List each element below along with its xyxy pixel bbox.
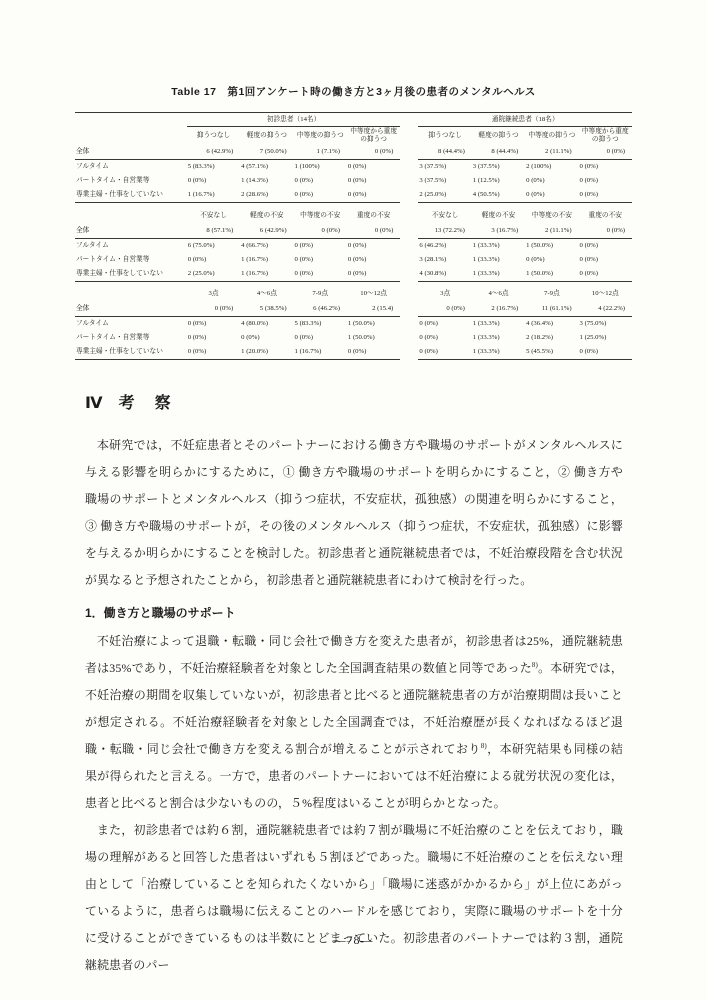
corner-cell [75, 113, 187, 127]
column-header: 4〜6点 [240, 281, 293, 302]
table-cell: 0 (0%) [579, 345, 632, 360]
table-cell: 4 (50.5%) [472, 188, 525, 203]
table-cell: 1 (33.3%) [472, 345, 525, 360]
table-cell: 1 (50.0%) [525, 267, 578, 282]
subsection-1: 1．働き方と職場のサポート 不妊治療によって退職・転職・同じ会社で働き方を変えた… [85, 604, 623, 979]
column-header: 中等度の不安 [294, 203, 347, 224]
table-cell: 0 (0%) [240, 331, 293, 345]
table-cell: 1 (50.0%) [347, 317, 400, 332]
discussion-paragraph-1: 本研究では，不妊症患者とそのパートナーにおける働き方や職場のサポートがメンタルヘ… [85, 432, 623, 594]
table-cell: 0 (0%) [579, 238, 632, 253]
corner-cell [75, 203, 187, 224]
column-header: 重度の不安 [347, 203, 400, 224]
table-cell: 3 (37.5%) [418, 174, 471, 188]
table-cell: 0 (0%) [294, 238, 347, 253]
table-cell: 0 (0%) [418, 302, 471, 317]
table-cell: 1 (33.3%) [472, 253, 525, 267]
row-label: フルタイム [75, 317, 187, 332]
table-cell: 3 (37.5%) [472, 160, 525, 175]
column-header: 中等度の抑うつ [525, 126, 578, 145]
table-cell: 0 (0%) [187, 253, 240, 267]
table-cell: 0 (0%) [579, 267, 632, 282]
table-cell: 4 (36.4%) [525, 317, 578, 332]
column-header: 3点 [418, 281, 471, 302]
table-cell: 0 (0%) [187, 331, 240, 345]
column-gap [400, 203, 418, 224]
table-cell: 0 (0%) [579, 188, 632, 203]
table-cell: 0 (0%) [525, 174, 578, 188]
table-cell: 5 (83.3%) [187, 160, 240, 175]
table-cell: 3 (75.0%) [579, 317, 632, 332]
table-cell: 0 (0%) [347, 345, 400, 360]
table-cell: 0 (0%) [294, 331, 347, 345]
column-header: 不安なし [418, 203, 471, 224]
table-cell: 0 (0%) [347, 238, 400, 253]
table-cell: 5 (45.5%) [525, 345, 578, 360]
column-gap [400, 345, 418, 360]
column-gap [400, 126, 418, 145]
table-cell: 0 (0%) [579, 224, 632, 239]
column-header: 中等度から重度の抑うつ [347, 126, 400, 145]
table-cell: 6 (42.9%) [240, 224, 293, 239]
table-cell: 1 (33.3%) [472, 267, 525, 282]
row-label: パートタイム・自営業等 [75, 253, 187, 267]
table-cell: 3 (16.7%) [472, 224, 525, 239]
table-cell: 8 (44.4%) [418, 145, 471, 160]
table-cell: 0 (0%) [525, 253, 578, 267]
group-header-shoshin: 初診患者（14名） [187, 113, 401, 127]
column-header: 抑うつなし [187, 126, 240, 145]
table-cell: 2 (18.2%) [525, 331, 578, 345]
corner-cell [75, 281, 187, 302]
table-cell: 1 (16.7%) [187, 188, 240, 203]
row-label: 全体 [75, 302, 187, 317]
table-cell: 6 (75.0%) [187, 238, 240, 253]
table-cell: 6 (42.9%) [187, 145, 240, 160]
table-cell: 2 (25.0%) [418, 188, 471, 203]
table-cell: 0 (0%) [294, 188, 347, 203]
column-header: 中等度から重度の抑うつ [579, 126, 632, 145]
column-gap [400, 317, 418, 332]
column-header: 4〜6点 [472, 281, 525, 302]
subsection-paragraph-2: また，初診患者では約６割，通院継続患者では約７割が職場に不妊治療のことを伝えてお… [85, 817, 623, 979]
column-header: 中等度の抑うつ [294, 126, 347, 145]
table-title: Table 17 第1回アンケート時の働き方と3ヶ月後の患者のメンタルヘルス [75, 84, 632, 99]
table17-block: Table 17 第1回アンケート時の働き方と3ヶ月後の患者のメンタルヘルス 初… [75, 84, 632, 360]
table-cell: 6 (46.2%) [294, 302, 347, 317]
table-cell: 1 (16.7%) [240, 267, 293, 282]
table-cell: 0 (0%) [187, 317, 240, 332]
table-cell: 0 (0%) [347, 267, 400, 282]
column-header: 軽度の不安 [472, 203, 525, 224]
table-cell: 5 (83.3%) [294, 317, 347, 332]
table-cell: 0 (0%) [187, 345, 240, 360]
table-cell: 1 (16.7%) [240, 253, 293, 267]
column-header: 7-9点 [294, 281, 347, 302]
table-cell: 2 (11.1%) [525, 145, 578, 160]
column-header: 不安なし [187, 203, 240, 224]
table-cell: 3 (28.1%) [418, 253, 471, 267]
section-title: 考 察 [119, 395, 173, 412]
table-cell: 1 (50.0%) [347, 331, 400, 345]
column-gap [400, 253, 418, 267]
row-label: フルタイム [75, 238, 187, 253]
table-cell: 0 (0%) [294, 174, 347, 188]
table-cell: 0 (0%) [579, 145, 632, 160]
table-cell: 6 (46.2%) [418, 238, 471, 253]
column-gap [400, 281, 418, 302]
paper-page: Table 17 第1回アンケート時の働き方と3ヶ月後の患者のメンタルヘルス 初… [0, 0, 707, 1000]
table-cell: 4 (80.0%) [240, 317, 293, 332]
column-header: 中等度の不安 [525, 203, 578, 224]
table-cell: 1 (33.3%) [472, 331, 525, 345]
table-cell: 3 (37.5%) [418, 160, 471, 175]
table-cell: 1 (25.0%) [579, 331, 632, 345]
table-cell: 0 (0%) [418, 345, 471, 360]
table-cell: 0 (0%) [525, 188, 578, 203]
table-cell: 0 (0%) [347, 253, 400, 267]
table-cell: 4 (57.1%) [240, 160, 293, 175]
table-cell: 1 (50.0%) [525, 238, 578, 253]
section-heading: Ⅳ考 察 [85, 390, 173, 413]
row-label: 専業主婦・仕事をしていない [75, 188, 187, 203]
table-cell: 0 (0%) [187, 174, 240, 188]
column-header: 軽度の不安 [240, 203, 293, 224]
mental-health-table: 初診患者（14名）通院継続患者（18名）抑うつなし軽度の抑うつ中等度の抑うつ中等… [75, 112, 632, 360]
row-label: 全体 [75, 224, 187, 239]
table-cell: 4 (30.8%) [418, 267, 471, 282]
table-cell: 13 (72.2%) [418, 224, 471, 239]
table-cell: 0 (0%) [294, 253, 347, 267]
table-cell: 0 (0%) [418, 331, 471, 345]
column-gap [400, 331, 418, 345]
table-cell: 0 (0%) [347, 145, 400, 160]
column-header: 7-9点 [525, 281, 578, 302]
table-cell: 1 (20.0%) [240, 345, 293, 360]
page-number: —78— [0, 933, 707, 948]
group-header-tsuin: 通院継続患者（18名） [418, 113, 632, 127]
section-number: Ⅳ [85, 395, 105, 412]
column-header: 10〜12点 [579, 281, 632, 302]
column-gap [400, 188, 418, 203]
table-cell: 1 (14.3%) [240, 174, 293, 188]
table-cell: 2 (100%) [525, 160, 578, 175]
table-cell: 1 (33.3%) [472, 317, 525, 332]
table-cell: 4 (66.7%) [240, 238, 293, 253]
table-cell: 0 (0%) [294, 267, 347, 282]
table-cell: 1 (7.1%) [294, 145, 347, 160]
table-cell: 0 (0%) [347, 188, 400, 203]
table-cell: 2 (11.1%) [525, 224, 578, 239]
column-header: 軽度の抑うつ [472, 126, 525, 145]
column-gap [400, 174, 418, 188]
column-gap [400, 160, 418, 175]
table-cell: 0 (0%) [347, 160, 400, 175]
column-header: 重度の不安 [579, 203, 632, 224]
table-cell: 2 (28.6%) [240, 188, 293, 203]
column-gap [400, 302, 418, 317]
column-gap [400, 238, 418, 253]
table-cell: 7 (50.0%) [240, 145, 293, 160]
row-label: 全体 [75, 145, 187, 160]
table-cell: 1 (16.7%) [294, 345, 347, 360]
table-cell: 0 (0%) [579, 174, 632, 188]
table-cell: 0 (0%) [347, 174, 400, 188]
column-header: 軽度の抑うつ [240, 126, 293, 145]
table-cell: 8 (44.4%) [472, 145, 525, 160]
subsection-paragraph-1: 不妊治療によって退職・転職・同じ会社で働き方を変えた患者が，初診患者は25%，通… [85, 628, 623, 817]
table-cell: 0 (0%) [187, 302, 240, 317]
table-body: 初診患者（14名）通院継続患者（18名）抑うつなし軽度の抑うつ中等度の抑うつ中等… [75, 113, 632, 360]
column-gap [400, 113, 418, 127]
table-cell: 0 (0%) [579, 160, 632, 175]
table-cell: 1 (100%) [294, 160, 347, 175]
table-cell: 2 (16.7%) [472, 302, 525, 317]
row-label: パートタイム・自営業等 [75, 331, 187, 345]
column-gap [400, 267, 418, 282]
table-cell: 8 (57.1%) [187, 224, 240, 239]
row-label: 専業主婦・仕事をしていない [75, 345, 187, 360]
table-cell: 0 (0%) [294, 224, 347, 239]
table-cell: 1 (12.5%) [472, 174, 525, 188]
column-gap [400, 224, 418, 239]
column-header: 抑うつなし [418, 126, 471, 145]
table-cell: 4 (22.2%) [579, 302, 632, 317]
column-header: 10〜12点 [347, 281, 400, 302]
table-cell: 2 (15.4) [347, 302, 400, 317]
column-gap [400, 145, 418, 160]
column-header: 3点 [187, 281, 240, 302]
table-cell: 0 (0%) [418, 317, 471, 332]
table-cell: 5 (38.5%) [240, 302, 293, 317]
table-cell: 0 (0%) [579, 253, 632, 267]
table-cell: 2 (25.0%) [187, 267, 240, 282]
corner-cell [75, 126, 187, 145]
row-label: 専業主婦・仕事をしていない [75, 267, 187, 282]
row-label: フルタイム [75, 160, 187, 175]
subsection-heading: 1．働き方と職場のサポート [85, 604, 623, 621]
row-label: パートタイム・自営業等 [75, 174, 187, 188]
table-cell: 1 (33.3%) [472, 238, 525, 253]
table-cell: 0 (0%) [347, 224, 400, 239]
table-cell: 11 (61.1%) [525, 302, 578, 317]
